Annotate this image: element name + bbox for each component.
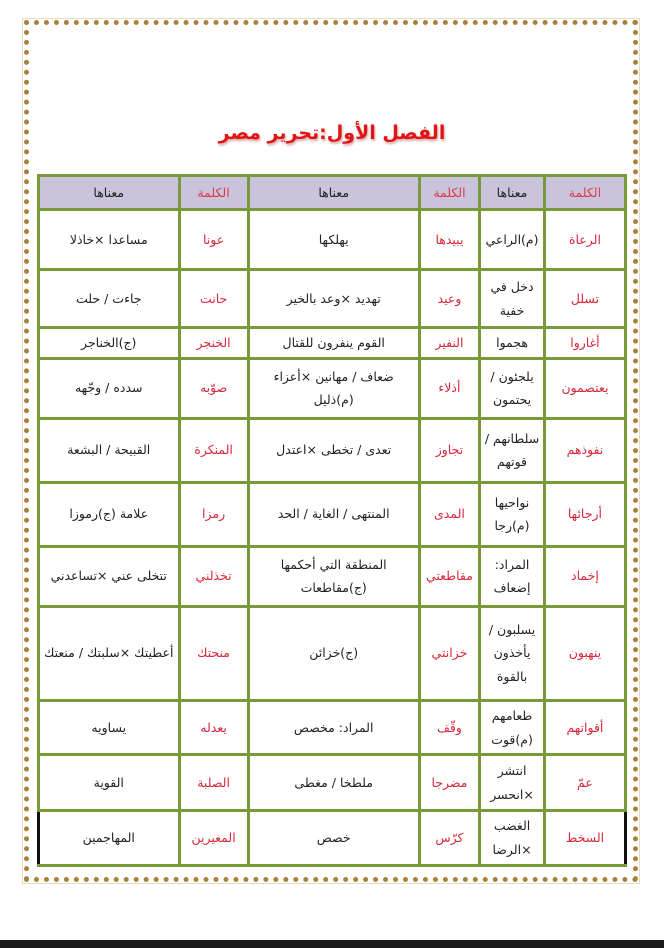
vocab-word: إخماد (544, 546, 625, 606)
vocab-word: يعدله (179, 700, 248, 755)
vocab-word: تسلل (544, 270, 625, 328)
vocab-word: عونا (179, 210, 248, 270)
vocab-meaning: القبيحة / البشعة (39, 418, 180, 482)
vocab-meaning: يهلكها (248, 210, 419, 270)
page-title: الفصل الأول:تحرير مصر (0, 122, 664, 144)
vocab-meaning: جاءت / حلت (39, 270, 180, 328)
vocab-word: يبيدها (419, 210, 479, 270)
vocab-word: يعتصمون (544, 358, 625, 418)
vocab-meaning: أعطيتك ×سلبتك / منعتك (39, 606, 180, 700)
vocab-meaning: المراد: مخصص (248, 700, 419, 755)
vocab-meaning: (ج)الخناجر (39, 328, 180, 359)
vocabulary-table: الكلمة معناها الكلمة معناها الكلمة معناه… (37, 174, 627, 867)
vocab-word: صوّبه (179, 358, 248, 418)
table-row: الرعاة(م)الراعييبيدهايهلكهاعونامساعدا ×خ… (39, 210, 626, 270)
vocab-word: عمّ (544, 755, 625, 811)
vocab-word: تخذلني (179, 546, 248, 606)
header-meaning: معناها (39, 176, 180, 210)
vocab-word: المدى (419, 482, 479, 546)
vocab-meaning: (م)الراعي (480, 210, 545, 270)
table-row: يعتصمونيلجئون / يحتمونأذلاءضعاف / مهانين… (39, 358, 626, 418)
vocab-word: حانت (179, 270, 248, 328)
table-row: السخطالغضب ×الرضاكرّسخصصالمغيرينالمهاجمي… (39, 811, 626, 866)
vocab-meaning: ملطخا / مغطى (248, 755, 419, 811)
vocab-word: نفوذهم (544, 418, 625, 482)
vocab-word: الرعاة (544, 210, 625, 270)
bottom-bar (0, 940, 664, 948)
header-meaning: معناها (248, 176, 419, 210)
vocab-meaning: طعامهم (م)قوت (480, 700, 545, 755)
header-meaning: معناها (480, 176, 545, 210)
table-header: الكلمة معناها الكلمة معناها الكلمة معناه… (39, 176, 626, 210)
vocab-word: المغيرين (179, 811, 248, 866)
vocab-meaning: يلجئون / يحتمون (480, 358, 545, 418)
vocab-meaning: انتشر ×انحسر (480, 755, 545, 811)
vocab-meaning: القوية (39, 755, 180, 811)
vocab-meaning: يسلبون / يأخذون بالقوة (480, 606, 545, 700)
vocab-meaning: يساويه (39, 700, 180, 755)
table-row: ينهبونيسلبون / يأخذون بالقوةخزانتي(ج)خزا… (39, 606, 626, 700)
vocab-word: منحتك (179, 606, 248, 700)
vocab-word: أغاروا (544, 328, 625, 359)
vocab-word: أقواتهم (544, 700, 625, 755)
vocab-meaning: تعدى / تخطى ×اعتدل (248, 418, 419, 482)
vocab-word: خزانتي (419, 606, 479, 700)
vocab-word: وقّف (419, 700, 479, 755)
table-row: أغارواهجمواالنفيرالقوم ينفرون للقتالالخن… (39, 328, 626, 359)
vocab-meaning: خصص (248, 811, 419, 866)
vocab-meaning: الغضب ×الرضا (480, 811, 545, 866)
vocab-meaning: (ج)خزائن (248, 606, 419, 700)
header-word: الكلمة (179, 176, 248, 210)
vocab-word: مقاطعتي (419, 546, 479, 606)
vocab-meaning: تهديد ×وعد بالخير (248, 270, 419, 328)
vocab-meaning: مساعدا ×خاذلا (39, 210, 180, 270)
vocab-word: ينهبون (544, 606, 625, 700)
vocab-meaning: المنطقة التي أحكمها (ج)مقاطعات (248, 546, 419, 606)
vocab-meaning: ضعاف / مهانين ×أعزاء (م)ذليل (248, 358, 419, 418)
vocab-word: الصلبة (179, 755, 248, 811)
table-row: إخمادالمراد: إضعافمقاطعتيالمنطقة التي أح… (39, 546, 626, 606)
vocab-meaning: المهاجمين (39, 811, 180, 866)
vocab-word: أرجائها (544, 482, 625, 546)
vocab-meaning: نواحيها (م)رجا (480, 482, 545, 546)
table-row: عمّانتشر ×انحسرمضرجاملطخا / مغطىالصلبةال… (39, 755, 626, 811)
vocab-meaning: علامة (ج)رموزا (39, 482, 180, 546)
vocab-word: الخنجر (179, 328, 248, 359)
table-row: أقواتهمطعامهم (م)قوتوقّفالمراد: مخصصيعدل… (39, 700, 626, 755)
vocab-meaning: المنتهى / الغاية / الحد (248, 482, 419, 546)
vocab-word: رمزا (179, 482, 248, 546)
vocab-word: المنكرة (179, 418, 248, 482)
vocab-meaning: سلطانهم / قوتهم (480, 418, 545, 482)
vocab-word: مضرجا (419, 755, 479, 811)
header-word: الكلمة (544, 176, 625, 210)
table-row: أرجائهانواحيها (م)رجاالمدىالمنتهى / الغا… (39, 482, 626, 546)
vocab-word: كرّس (419, 811, 479, 866)
vocab-meaning: سدده / وجّهه (39, 358, 180, 418)
table-row: تسللدخل في خفيةوعيدتهديد ×وعد بالخيرحانت… (39, 270, 626, 328)
vocab-meaning: القوم ينفرون للقتال (248, 328, 419, 359)
table-row: نفوذهمسلطانهم / قوتهمتجاوزتعدى / تخطى ×ا… (39, 418, 626, 482)
vocab-word: تجاوز (419, 418, 479, 482)
vocab-meaning: المراد: إضعاف (480, 546, 545, 606)
vocab-meaning: هجموا (480, 328, 545, 359)
vocab-meaning: دخل في خفية (480, 270, 545, 328)
vocab-word: وعيد (419, 270, 479, 328)
vocab-word: النفير (419, 328, 479, 359)
vocab-word: أذلاء (419, 358, 479, 418)
vocab-word: السخط (544, 811, 625, 866)
vocab-meaning: تتخلى عني ×تساعدني (39, 546, 180, 606)
header-word: الكلمة (419, 176, 479, 210)
